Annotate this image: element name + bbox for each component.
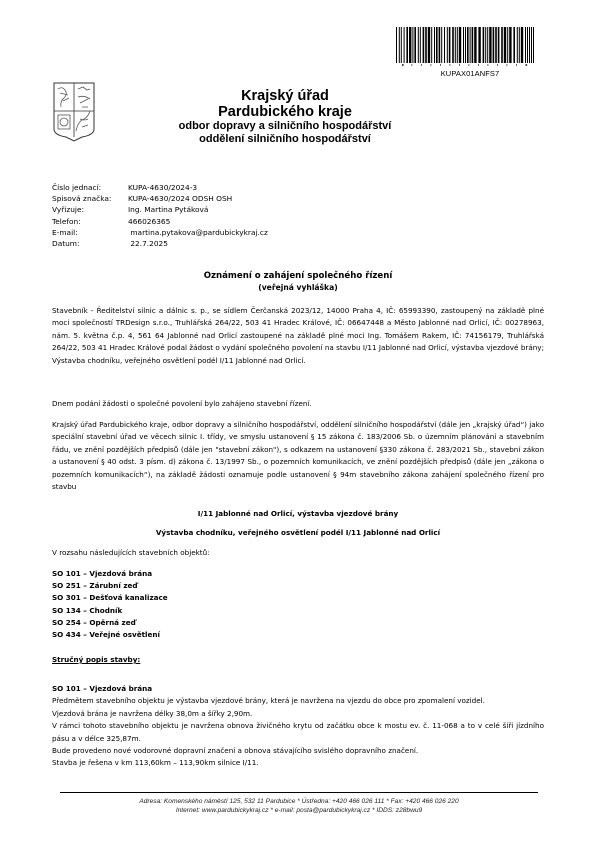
pardubice-region-coat-of-arms-icon xyxy=(52,81,96,143)
barcode-icon xyxy=(396,27,534,63)
metadata-row: Datum: 22.7.2025 xyxy=(52,238,268,249)
building-object-item: SO 434 – Veřejné osvětlení xyxy=(52,629,544,641)
authority-region: Pardubického kraje xyxy=(120,104,450,120)
metadata-value[interactable]: martina.pytakova@pardubickykraj.cz xyxy=(128,227,268,238)
building-object-item: SO 101 – Vjezdová brána xyxy=(52,568,544,580)
metadata-value: KUPA-4630/2024-3 xyxy=(128,182,197,193)
document-metadata: Číslo jednací:KUPA-4630/2024-3Spisová zn… xyxy=(52,182,268,249)
metadata-value: KUPA-4630/2024 ODSH OSH xyxy=(128,193,232,204)
building-object-item: SO 251 – Zárubní zeď xyxy=(52,580,544,592)
description-line: Stavba je řešena v km 113,60km – 113,90k… xyxy=(52,757,544,769)
metadata-key: E-mail: xyxy=(52,227,128,238)
metadata-row: Spisová značka:KUPA-4630/2024 ODSH OSH xyxy=(52,193,268,204)
paragraph-applicant: Stavebník - Ředitelství silnic a dálnic … xyxy=(52,305,544,367)
footer-address: Adresa: Komenského náměstí 125, 532 11 P… xyxy=(60,797,538,806)
building-object-item: SO 254 – Opěrná zeď xyxy=(52,617,544,629)
title-main: Oznámení o zahájení společného řízení xyxy=(52,270,544,282)
barcode-digit-marks xyxy=(396,63,534,67)
metadata-row: Telefon:466026365 xyxy=(52,216,268,227)
division-name: oddělení silničního hospodářství xyxy=(120,133,450,146)
authority-text: Krajský úřad Pardubického kraje, odbor d… xyxy=(52,419,544,493)
document-title: Oznámení o zahájení společného řízení (v… xyxy=(52,270,544,293)
building-object-item: SO 134 – Chodník xyxy=(52,605,544,617)
metadata-value: 466026365 xyxy=(128,216,170,227)
description-heading: Stručný popis stavby: xyxy=(52,654,544,666)
title-sub: (veřejná vyhláška) xyxy=(52,282,544,293)
building-objects-list: SO 101 – Vjezdová bránaSO 251 – Zárubní … xyxy=(52,568,544,641)
object-description: SO 101 – Vjezdová brána Předmětem staveb… xyxy=(52,683,544,770)
footer-internet: Internet: www.pardubickykraj.cz * e-mail… xyxy=(60,806,538,815)
footer-contact: Adresa: Komenského náměstí 125, 532 11 P… xyxy=(60,797,538,815)
applicant-text: Stavebník - Ředitelství silnic a dálnic … xyxy=(52,305,544,367)
barcode-label: KUPAX01ANFS7 xyxy=(410,69,530,78)
metadata-row: E-mail: martina.pytakova@pardubickykraj.… xyxy=(52,227,268,238)
description-line: Předmětem stavebního objektu je výstavba… xyxy=(52,695,544,707)
object-heading: SO 101 – Vjezdová brána xyxy=(52,683,544,695)
metadata-row: Číslo jednací:KUPA-4630/2024-3 xyxy=(52,182,268,193)
metadata-row: Vyřizuje:Ing. Martina Pytáková xyxy=(52,204,268,215)
authority-header: Krajský úřad Pardubického kraje odbor do… xyxy=(120,88,450,146)
department-name: odbor dopravy a silničního hospodářství xyxy=(120,120,450,133)
building-object-item: SO 301 – Dešťová kanalizace xyxy=(52,592,544,604)
footer-divider xyxy=(60,792,538,793)
metadata-key: Číslo jednací: xyxy=(52,182,128,193)
project-name-2: Výstavba chodníku, veřejného osvětlení p… xyxy=(52,527,544,539)
description-line: Bude provedeno nové vodorovné dopravní z… xyxy=(52,745,544,757)
description-line: V rámci tohoto stavebního objektu je nav… xyxy=(52,720,544,745)
description-line: Vjezdová brána je navržena délky 38,0m a… xyxy=(52,708,544,720)
paragraph-authority: Krajský úřad Pardubického kraje, odbor d… xyxy=(52,419,544,493)
commencement-text: Dnem podání žádosti o společné povolení … xyxy=(52,398,544,410)
scope-intro: V rozsahu následujících stavebních objek… xyxy=(52,547,544,559)
metadata-value: Ing. Martina Pytáková xyxy=(128,204,208,215)
metadata-key: Vyřizuje: xyxy=(52,204,128,215)
metadata-key: Spisová značka: xyxy=(52,193,128,204)
paragraph-commencement: Dnem podání žádosti o společné povolení … xyxy=(52,398,544,410)
authority-name: Krajský úřad xyxy=(120,88,450,104)
project-name-1: I/11 Jablonné nad Orlicí, výstavba vjezd… xyxy=(52,508,544,520)
object-description-lines: Předmětem stavebního objektu je výstavba… xyxy=(52,695,544,769)
metadata-key: Telefon: xyxy=(52,216,128,227)
metadata-key: Datum: xyxy=(52,238,128,249)
metadata-value: 22.7.2025 xyxy=(128,238,168,249)
